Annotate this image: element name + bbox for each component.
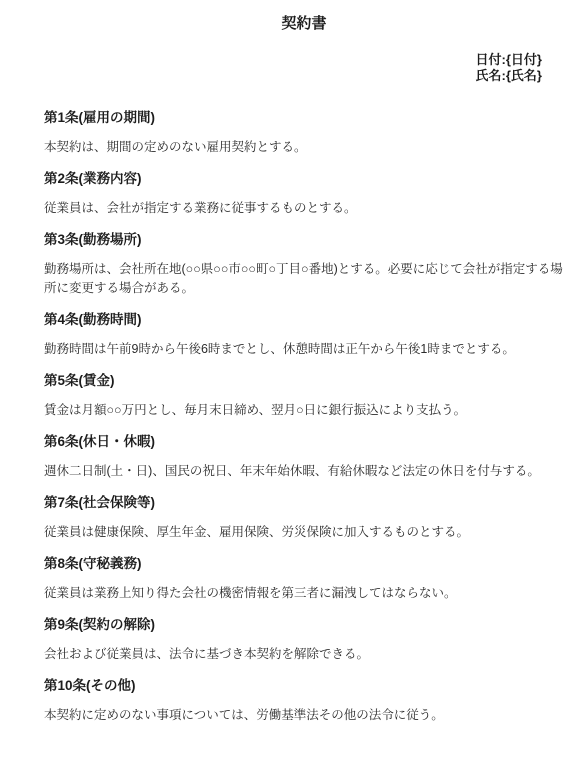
article-body: 勤務時間は午前9時から午後6時までとし、休憩時間は正午から午後1時までとする。 xyxy=(44,340,564,359)
contract-article: 第7条(社会保険等)従業員は健康保険、厚生年金、雇用保険、労災保険に加入するもの… xyxy=(44,494,564,542)
article-heading: 第10条(その他) xyxy=(44,677,564,695)
contract-article: 第4条(勤務時間)勤務時間は午前9時から午後6時までとし、休憩時間は正午から午後… xyxy=(44,311,564,359)
article-body: 週休二日制(土・日)、国民の祝日、年末年始休暇、有給休暇など法定の休日を付与する… xyxy=(44,462,564,481)
article-heading: 第9条(契約の解除) xyxy=(44,616,564,634)
article-body: 本契約に定めのない事項については、労働基準法その他の法令に従う。 xyxy=(44,706,564,725)
article-body: 賃金は月額○○万円とし、毎月末日締め、翌月○日に銀行振込により支払う。 xyxy=(44,401,564,420)
articles-list: 第1条(雇用の期間)本契約は、期間の定めのない雇用契約とする。第2条(業務内容)… xyxy=(44,109,564,725)
article-body: 従業員は業務上知り得た会社の機密情報を第三者に漏洩してはならない。 xyxy=(44,584,564,603)
contract-article: 第3条(勤務場所)勤務場所は、会社所在地(○○県○○市○○町○丁目○番地)とする… xyxy=(44,231,564,298)
contract-article: 第9条(契約の解除)会社および従業員は、法令に基づき本契約を解除できる。 xyxy=(44,616,564,664)
article-body: 従業員は、会社が指定する業務に従事するものとする。 xyxy=(44,199,564,218)
document-meta: 日付:{日付} 氏名:{氏名} xyxy=(44,52,564,84)
date-placeholder-line: 日付:{日付} xyxy=(44,52,542,68)
contract-article: 第1条(雇用の期間)本契約は、期間の定めのない雇用契約とする。 xyxy=(44,109,564,157)
article-body: 従業員は健康保険、厚生年金、雇用保険、労災保険に加入するものとする。 xyxy=(44,523,564,542)
article-body: 会社および従業員は、法令に基づき本契約を解除できる。 xyxy=(44,645,564,664)
article-heading: 第5条(賃金) xyxy=(44,372,564,390)
article-heading: 第8条(守秘義務) xyxy=(44,555,564,573)
article-body: 勤務場所は、会社所在地(○○県○○市○○町○丁目○番地)とする。必要に応じて会社… xyxy=(44,260,564,298)
article-heading: 第1条(雇用の期間) xyxy=(44,109,564,127)
contract-article: 第8条(守秘義務)従業員は業務上知り得た会社の機密情報を第三者に漏洩してはならな… xyxy=(44,555,564,603)
contract-page: 契約書 日付:{日付} 氏名:{氏名} 第1条(雇用の期間)本契約は、期間の定め… xyxy=(0,0,586,763)
article-heading: 第6条(休日・休暇) xyxy=(44,433,564,451)
document-title: 契約書 xyxy=(44,16,564,32)
contract-article: 第10条(その他)本契約に定めのない事項については、労働基準法その他の法令に従う… xyxy=(44,677,564,725)
article-heading: 第3条(勤務場所) xyxy=(44,231,564,249)
article-body: 本契約は、期間の定めのない雇用契約とする。 xyxy=(44,138,564,157)
contract-article: 第2条(業務内容)従業員は、会社が指定する業務に従事するものとする。 xyxy=(44,170,564,218)
article-heading: 第4条(勤務時間) xyxy=(44,311,564,329)
contract-article: 第5条(賃金)賃金は月額○○万円とし、毎月末日締め、翌月○日に銀行振込により支払… xyxy=(44,372,564,420)
name-placeholder-line: 氏名:{氏名} xyxy=(44,68,542,84)
article-heading: 第7条(社会保険等) xyxy=(44,494,564,512)
article-heading: 第2条(業務内容) xyxy=(44,170,564,188)
contract-article: 第6条(休日・休暇)週休二日制(土・日)、国民の祝日、年末年始休暇、有給休暇など… xyxy=(44,433,564,481)
